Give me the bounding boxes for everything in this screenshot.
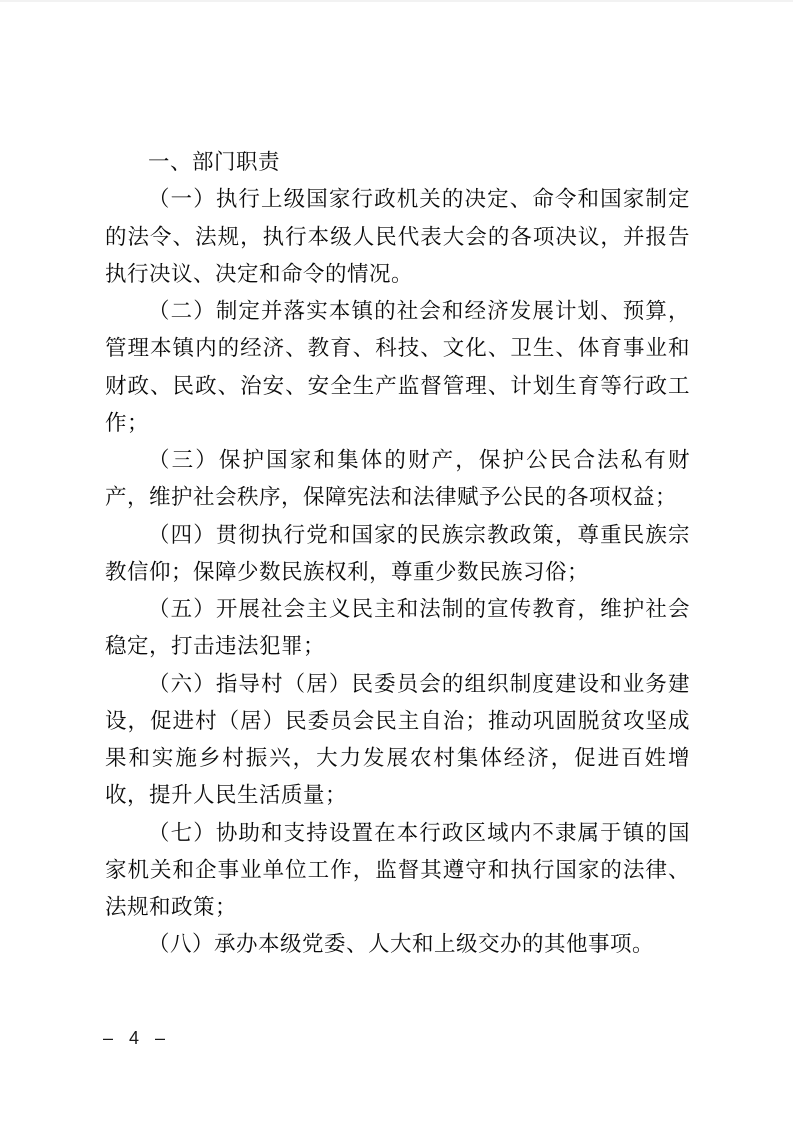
document-page: 一、部门职责 （一）执行上级国家行政机关的决定、命令和国家制定的法令、法规，执行… — [0, 0, 793, 1121]
paragraph-item-4: （四）贯彻执行党和国家的民族宗教政策，尊重民族宗教信仰；保障少数民族权利，尊重少… — [105, 517, 690, 592]
paragraph-item-2: （二）制定并落实本镇的社会和经济发展计划、预算，管理本镇内的经济、教育、科技、文… — [105, 293, 690, 442]
page-top-edge — [0, 0, 793, 2]
section-heading: 一、部门职责 — [105, 144, 690, 181]
paragraph-item-7: （七）协助和支持设置在本行政区域内不隶属于镇的国家机关和企事业单位工作，监督其遵… — [105, 815, 690, 927]
paragraph-item-5: （五）开展社会主义民主和法制的宣传教育，维护社会稳定，打击违法犯罪； — [105, 591, 690, 666]
document-body: 一、部门职责 （一）执行上级国家行政机关的决定、命令和国家制定的法令、法规，执行… — [105, 144, 690, 964]
paragraph-item-1: （一）执行上级国家行政机关的决定、命令和国家制定的法令、法规，执行本级人民代表大… — [105, 181, 690, 293]
paragraph-item-6: （六）指导村（居）民委员会的组织制度建设和业务建设，促进村（居）民委员会民主自治… — [105, 666, 690, 815]
paragraph-item-3: （三）保护国家和集体的财产，保护公民合法私有财产，维护社会秩序，保障宪法和法律赋… — [105, 442, 690, 517]
paragraph-item-8: （八）承办本级党委、人大和上级交办的其他事项。 — [105, 926, 690, 963]
page-number: – 4 – — [103, 1026, 166, 1050]
